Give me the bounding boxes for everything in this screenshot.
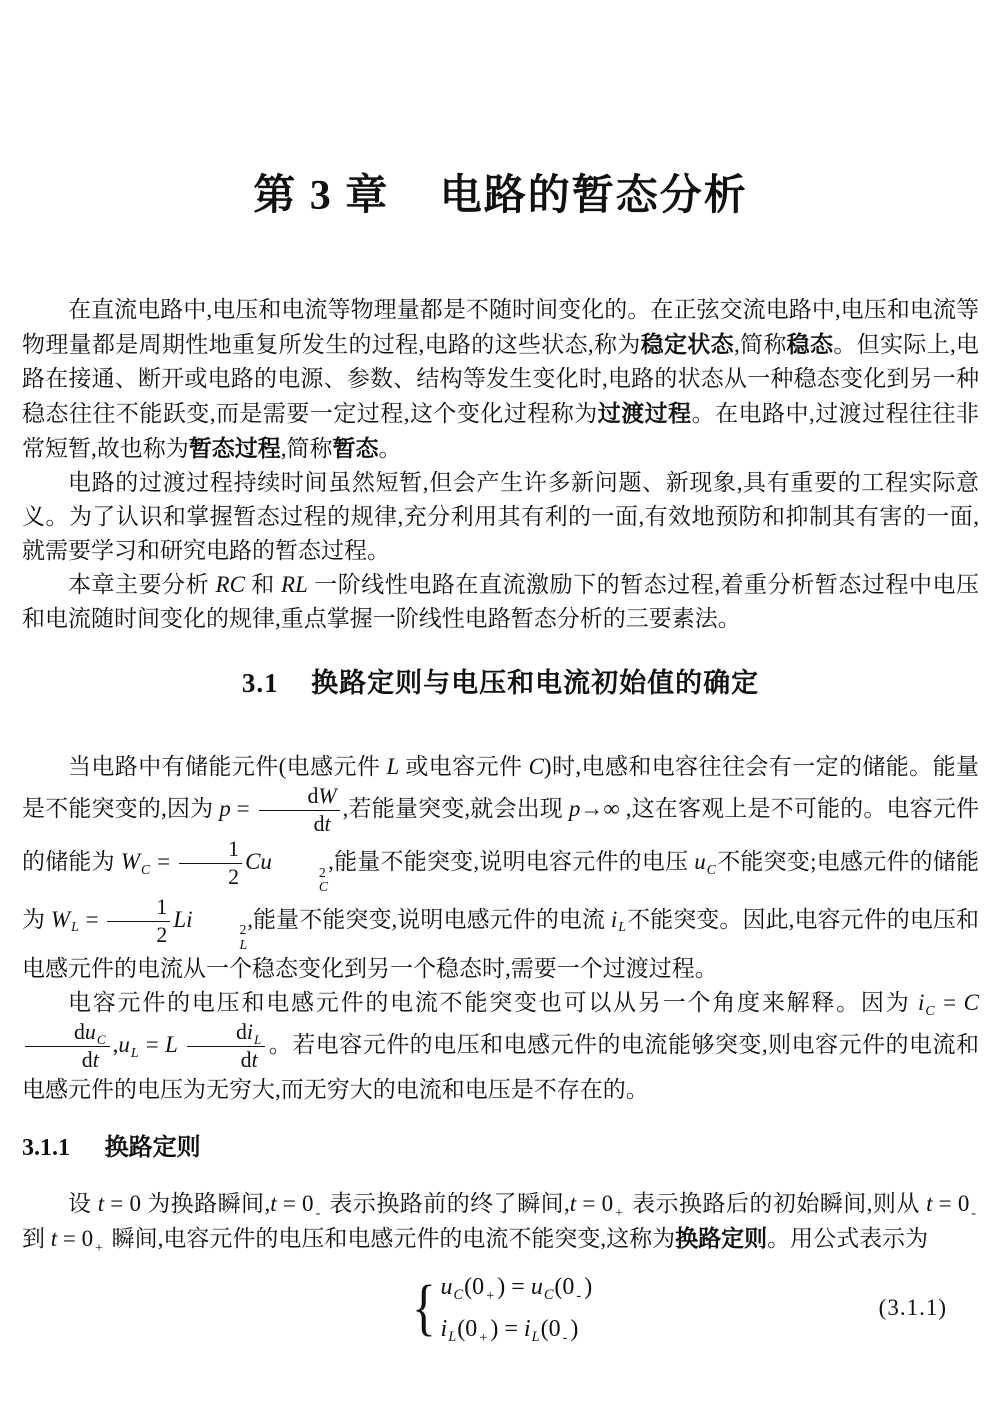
paragraph-chapter-overview: 本章主要分析 RC 和 RL 一阶线性电路在直流激励下的暂态过程,着重分析暂态过…	[22, 568, 979, 636]
chapter-number: 第 3 章	[253, 173, 389, 219]
paragraph-energy-storage: 当电路中有储能元件(电感元件 L 或电容元件 C)时,电感和电容往往会有一定的储…	[22, 750, 979, 986]
equation-cases-group: { uC(0+) = uC(0-) iL(0+) = iL(0-)	[409, 1266, 592, 1350]
left-brace-glyph: {	[412, 1279, 436, 1338]
equation-lines: uC(0+) = uC(0-) iL(0+) = iL(0-)	[441, 1266, 593, 1350]
chapter-title-text: 电路的暂态分析	[440, 171, 748, 218]
paragraph-alternate-explanation: 电容元件的电压和电感元件的电流不能突变也可以从另一个角度来解释。因为 iC = …	[22, 986, 979, 1107]
equation-number: (3.1.1)	[879, 1295, 947, 1321]
equation-line-il: iL(0+) = iL(0-)	[441, 1308, 593, 1350]
paragraph-intro-steady-state: 在直流电路中,电压和电流等物理量都是不随时间变化的。在正弦交流电路中,电压和电流…	[22, 293, 979, 466]
textbook-page: 第 3 章 电路的暂态分析 在直流电路中,电压和电流等物理量都是不随时间变化的。…	[0, 0, 1001, 1421]
chapter-title: 第 3 章 电路的暂态分析	[22, 0, 979, 221]
paragraph-transient-significance: 电路的过渡过程持续时间虽然短暂,但会产生许多新问题、新现象,具有重要的工程实际意…	[22, 466, 979, 568]
equation-3-1-1: { uC(0+) = uC(0-) iL(0+) = iL(0-) (3.1.1…	[22, 1266, 979, 1350]
subsection-3-1-1-heading: 3.1.1 换路定则	[22, 1133, 979, 1163]
subsection-title: 换路定则	[105, 1134, 201, 1161]
section-3-1-heading: 3.1 换路定则与电压和电流初始值的确定	[22, 666, 979, 700]
subsection-number: 3.1.1	[22, 1135, 70, 1161]
paragraph-switching-law: 设 t = 0 为换路瞬间,t = 0- 表示换路前的终了瞬间,t = 0+ 表…	[22, 1187, 979, 1256]
section-title: 换路定则与电压和电流初始值的确定	[311, 668, 759, 698]
equation-line-uc: uC(0+) = uC(0-)	[441, 1266, 593, 1308]
section-number: 3.1	[242, 668, 279, 698]
